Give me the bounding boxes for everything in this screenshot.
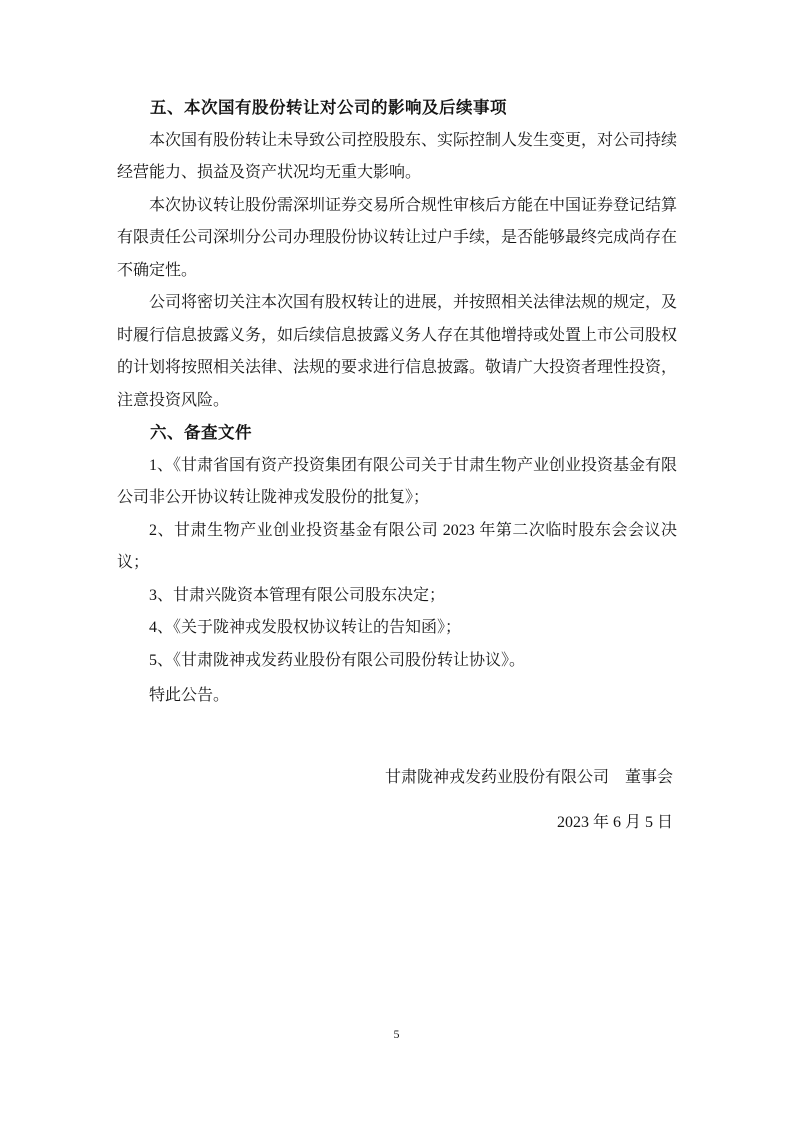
- document-content: 五、本次国有股份转让对公司的影响及后续事项 本次国有股份转让未导致公司控股股东、…: [117, 92, 677, 840]
- signature-line: 甘肃陇神戎发药业股份有限公司 董事会: [117, 762, 673, 795]
- reference-item-3: 3、甘肃兴陇资本管理有限公司股东决定；: [117, 580, 677, 613]
- section5-paragraph-3: 公司将密切关注本次国有股权转让的进展，并按照相关法律法规的规定，及时履行信息披露…: [117, 287, 677, 417]
- closing-statement: 特此公告。: [117, 680, 677, 713]
- page-number: 5: [0, 1027, 793, 1042]
- section5-heading: 五、本次国有股份转让对公司的影响及后续事项: [117, 92, 677, 125]
- reference-item-5: 5、《甘肃陇神戎发药业股份有限公司股份转让协议》。: [117, 645, 677, 678]
- reference-item-2: 2、甘肃生物产业创业投资基金有限公司 2023 年第二次临时股东会会议决议；: [117, 515, 677, 580]
- section5-paragraph-1: 本次国有股份转让未导致公司控股股东、实际控制人发生变更，对公司持续经营能力、损益…: [117, 125, 677, 190]
- section5-paragraph-2: 本次协议转让股份需深圳证券交易所合规性审核后方能在中国证券登记结算有限责任公司深…: [117, 190, 677, 288]
- date-line: 2023 年 6 月 5 日: [117, 807, 673, 840]
- section6-heading: 六、备查文件: [117, 417, 677, 450]
- reference-item-1: 1、《甘肃省国有资产投资集团有限公司关于甘肃生物产业创业投资基金有限公司非公开协…: [117, 450, 677, 515]
- reference-item-4: 4、《关于陇神戎发股权协议转让的告知函》；: [117, 612, 677, 645]
- document-page: 五、本次国有股份转让对公司的影响及后续事项 本次国有股份转让未导致公司控股股东、…: [0, 0, 793, 1122]
